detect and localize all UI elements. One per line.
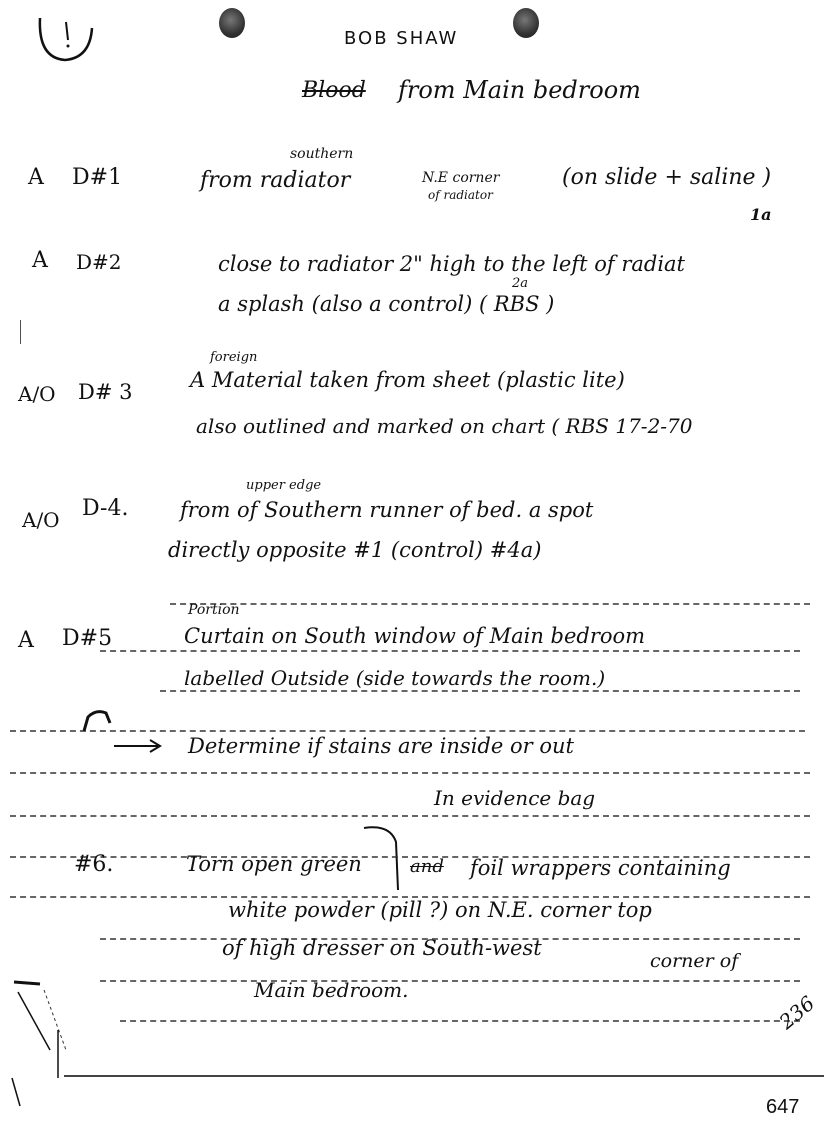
entry-text: (on slide + saline ) <box>562 165 771 190</box>
annotation-below: 1a <box>750 205 772 224</box>
page-title: from Main bedroom <box>398 76 641 104</box>
entry-label: A <box>32 248 48 273</box>
ruled-line <box>10 815 810 817</box>
item6-text: foil wrappers containing <box>470 856 731 880</box>
entry-label: A/O <box>22 508 60 532</box>
entry-text: Curtain on South window of Main bedroom <box>184 624 645 648</box>
item6-text: of high dresser on South-west <box>222 936 542 960</box>
item6-text: Main bedroom. <box>254 978 408 1002</box>
entry-label: A/O <box>18 382 56 406</box>
ruled-line <box>170 603 810 605</box>
item6-text: white powder (pill ?) on N.E. corner top <box>228 898 652 922</box>
entry-text: a splash (also a control) ( RBS ) <box>218 292 554 316</box>
ruled-line <box>10 730 805 732</box>
entry-text: of radiator <box>428 188 493 202</box>
ruled-line <box>100 650 800 652</box>
insert-above: upper edge <box>246 478 321 493</box>
ruled-line <box>100 980 800 982</box>
entry-text: close to radiator 2" high to the left of… <box>218 252 685 276</box>
entry-text: also outlined and marked on chart ( RBS … <box>196 414 693 438</box>
punch-hole-right <box>513 8 539 38</box>
bottom-line <box>64 1075 824 1077</box>
hook-mark-icon <box>80 705 120 735</box>
insert-above: southern <box>290 146 353 162</box>
author-name: BOB SHAW <box>344 28 458 49</box>
entry-text: directly opposite #1 (control) #4a) <box>168 538 541 562</box>
header-struck-word: Blood <box>302 78 366 103</box>
entry-text: N.E corner <box>422 170 499 186</box>
entry-item-number: D#1 <box>72 165 122 190</box>
page-number: 647 <box>766 1096 799 1119</box>
entry-text: A Material taken from sheet (plastic lit… <box>190 368 625 392</box>
entry-item-number: D#2 <box>76 250 122 274</box>
ruled-line <box>160 690 800 692</box>
handwritten-number: 236 <box>775 991 820 1034</box>
entry-item-number: D# 3 <box>78 380 132 404</box>
entry-label: A <box>28 165 44 190</box>
entry-item-number: D-4. <box>82 496 128 521</box>
insert-above: Portion <box>188 602 240 618</box>
item6-text: corner of <box>650 950 738 972</box>
diagonal-scan-marks <box>10 970 130 1110</box>
corner-circle-mark-icon <box>30 10 110 70</box>
item6-number: #6. <box>74 852 113 877</box>
item6-struck-word: and <box>410 856 444 877</box>
entry-text: from of Southern runner of bed. a spot <box>180 498 593 522</box>
arrow-note: Determine if stains are inside or out <box>188 734 574 758</box>
entry-item-number: D#5 <box>62 626 112 651</box>
margin-mark <box>20 320 21 344</box>
entry-label: A <box>18 628 34 653</box>
bag-note: In evidence bag <box>434 786 595 810</box>
punch-hole-left <box>219 8 245 38</box>
ruled-line <box>10 772 810 774</box>
entry-text: labelled Outside (side towards the room.… <box>184 666 605 690</box>
item6-text: Torn open green <box>186 852 362 876</box>
insert-above: 2a <box>512 276 528 291</box>
ruled-line <box>120 1020 800 1022</box>
entry-text: from radiator <box>200 168 350 193</box>
insert-above: foreign <box>210 350 257 365</box>
arrow-right-icon <box>112 738 164 754</box>
